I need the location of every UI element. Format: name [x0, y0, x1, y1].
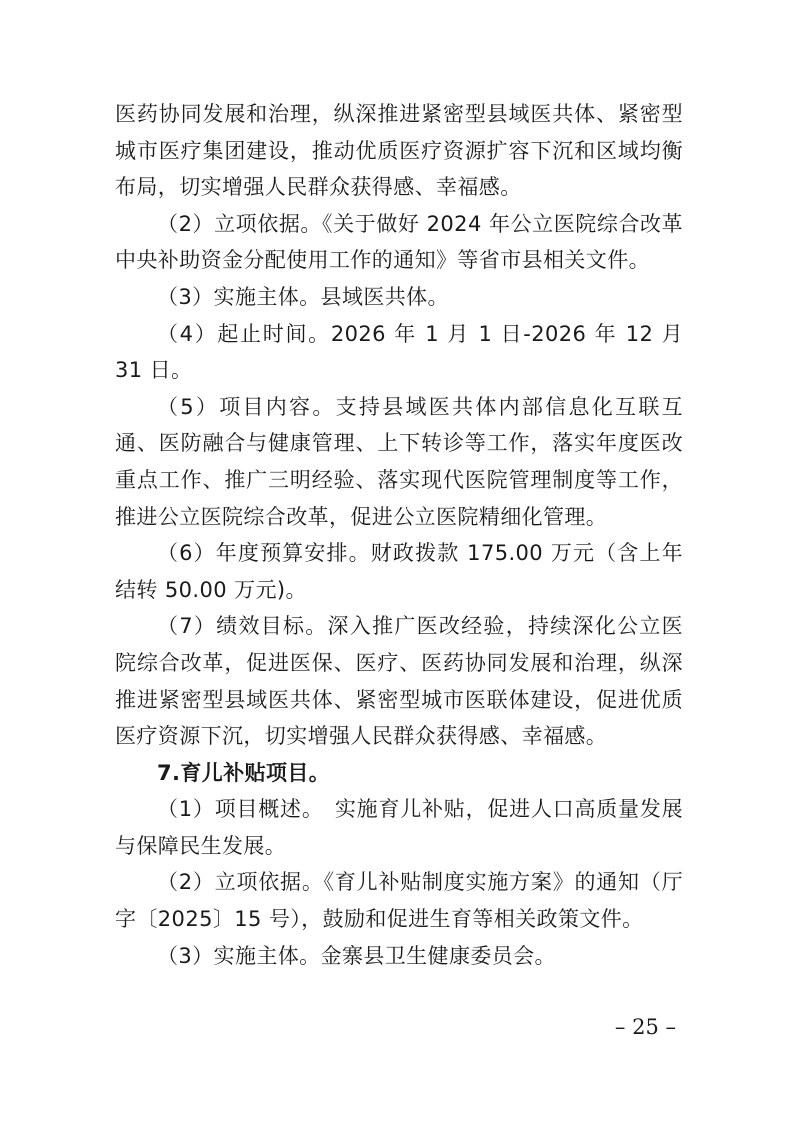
- paragraph-reform-continuation: 医药协同发展和治理，纵深推进紧密型县域医共体、紧密型城市医疗集团建设，推动优质医…: [115, 96, 683, 206]
- paragraph-project-overview: （1）项目概述。 实施育儿补贴，促进人口高质量发展与保障民生发展。: [115, 791, 683, 864]
- paragraph-implementing-body-2: （3）实施主体。金寨县卫生健康委员会。: [115, 938, 683, 975]
- heading-childcare-subsidy-project: 7.育儿补贴项目。: [115, 755, 683, 792]
- paragraph-project-content: （5）项目内容。支持县域医共体内部信息化互联互通、医防融合与健康管理、上下转诊等…: [115, 389, 683, 535]
- paragraph-time-period: （4）起止时间。2026 年 1 月 1 日-2026 年 12 月 31 日。: [115, 316, 683, 389]
- page-number: – 25 –: [615, 1013, 676, 1041]
- paragraph-project-basis-2: （2）立项依据。《育儿补贴制度实施方案》的通知（厅字〔2025〕15 号），鼓励…: [115, 864, 683, 937]
- document-page: 医药协同发展和治理，纵深推进紧密型县域医共体、紧密型城市医疗集团建设，推动优质医…: [0, 0, 793, 1122]
- paragraph-project-basis: （2）立项依据。《关于做好 2024 年公立医院综合改革中央补助资金分配使用工作…: [115, 206, 683, 279]
- paragraph-performance-goal: （7）绩效目标。深入推广医改经验，持续深化公立医院综合改革，促进医保、医疗、医药…: [115, 608, 683, 754]
- paragraph-implementing-body: （3）实施主体。县域医共体。: [115, 279, 683, 316]
- document-body: 医药协同发展和治理，纵深推进紧密型县域医共体、紧密型城市医疗集团建设，推动优质医…: [115, 96, 683, 974]
- paragraph-annual-budget: （6）年度预算安排。财政拨款 175.00 万元（含上年结转 50.00 万元)…: [115, 535, 683, 608]
